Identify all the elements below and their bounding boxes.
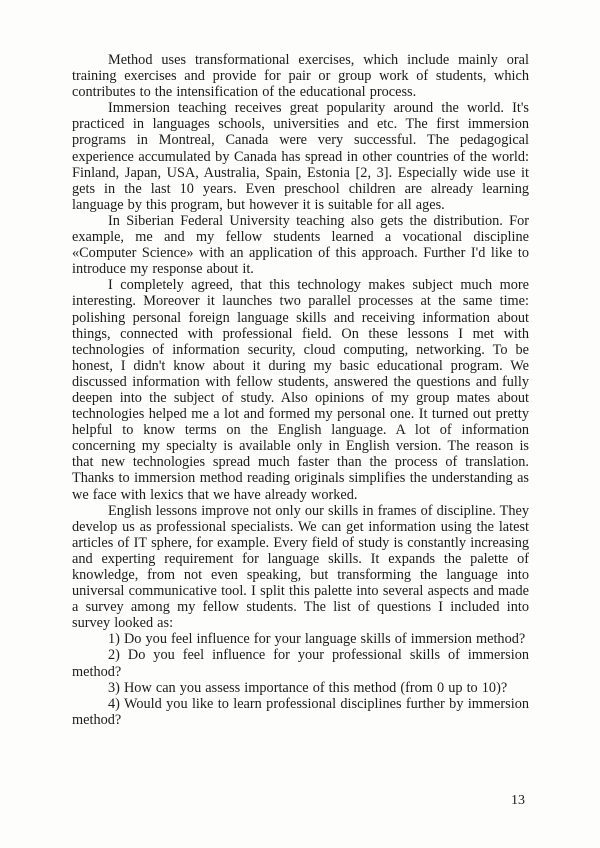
paragraph-immersion-teaching: Immersion teaching receives great popula… bbox=[72, 100, 529, 213]
survey-question-3: 3) How can you assess importance of this… bbox=[72, 680, 529, 696]
document-page: Method uses transformational exercises, … bbox=[0, 0, 600, 848]
survey-question-2: 2) Do you feel influence for your profes… bbox=[72, 647, 529, 679]
paragraph-method-exercises: Method uses transformational exercises, … bbox=[72, 52, 529, 100]
survey-question-1: 1) Do you feel influence for your langua… bbox=[72, 631, 529, 647]
paragraph-personal-response: I completely agreed, that this technolog… bbox=[72, 277, 529, 502]
page-body-text: Method uses transformational exercises, … bbox=[72, 52, 529, 728]
survey-question-4: 4) Would you like to learn professional … bbox=[72, 696, 529, 728]
page-number: 13 bbox=[72, 793, 525, 809]
paragraph-siberian-federal-university: In Siberian Federal University teaching … bbox=[72, 213, 529, 277]
paragraph-english-lessons-survey: English lessons improve not only our ski… bbox=[72, 503, 529, 632]
